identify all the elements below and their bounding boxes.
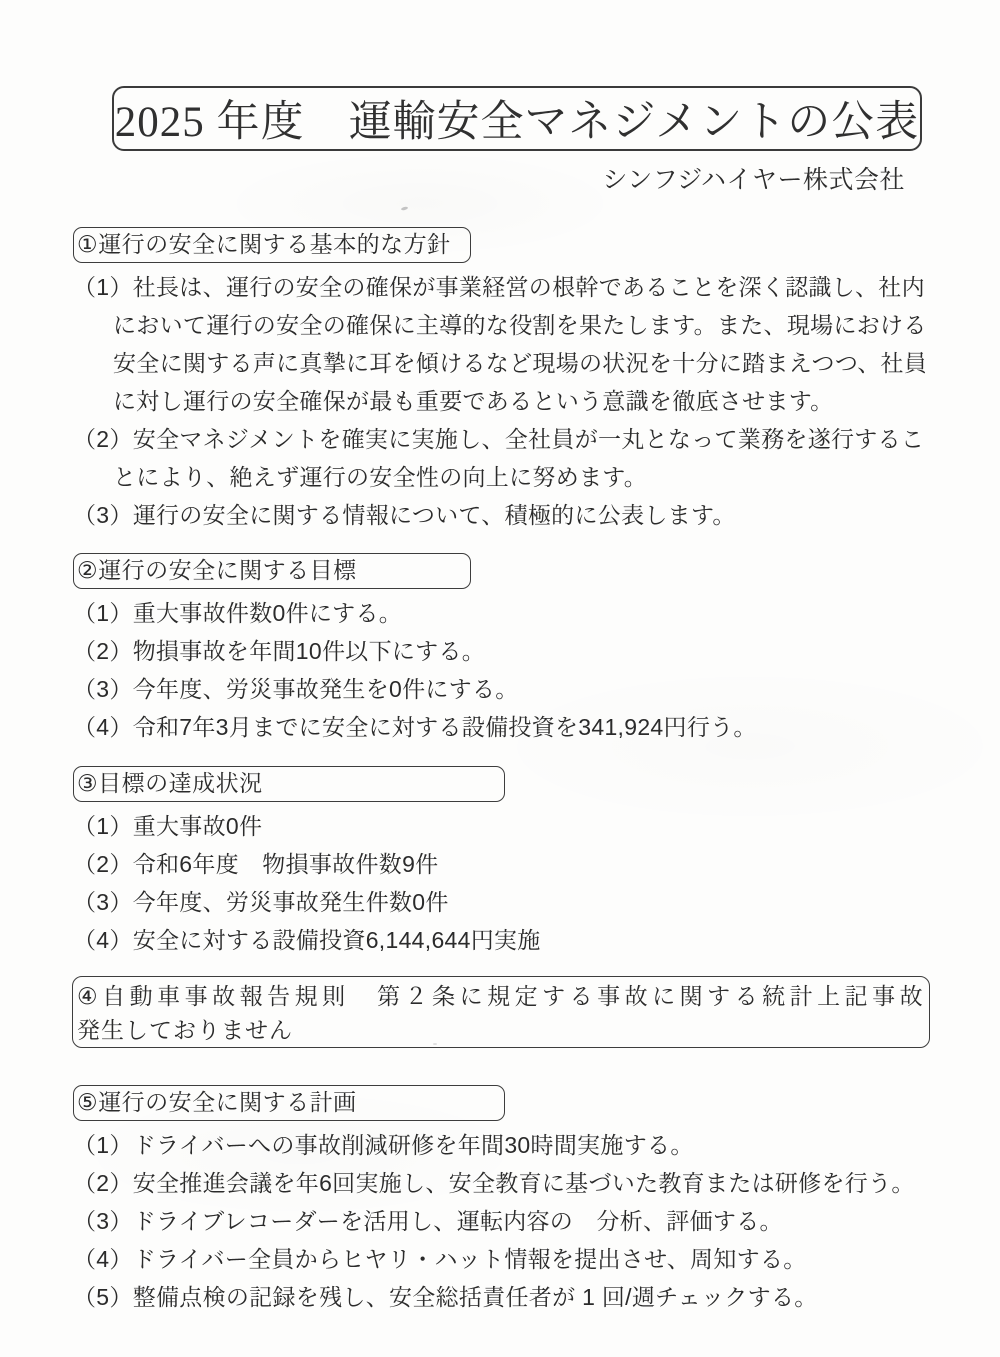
plan-item-4: （4）ドライバー全員からヒヤリ・ハット情報を提出させ、周知する。 [73,1240,935,1278]
achievement-item-2: （2）令和6年度 物損事故件数9件 [73,845,935,883]
section-accident-report-statement: ④自動車事故報告規則 第２条に規定する事故に関する統計上記事故は 発生しておりま… [72,976,930,1048]
policy-item-3: （3）運行の安全に関する情報について、積極的に公表します。 [73,496,935,534]
section-heading-achievement-status: ③目標の達成状況 [73,766,505,802]
section-achievement-status: ③目標の達成状況 （1）重大事故0件 （2）令和6年度 物損事故件数9件 （3）… [73,766,935,959]
accident-statement-line-2: 発生しておりません [77,1013,927,1047]
scan-artifact [401,206,409,211]
document-title: 2025 年度 運輸安全マネジメントの公表 [115,88,919,149]
document-page: 2025 年度 運輸安全マネジメントの公表 シンフジハイヤー株式会社 ①運行の安… [0,0,1000,1357]
goal-item-3: （3）今年度、労災事故発生を0件にする。 [73,670,935,708]
accident-statement-line-1: ④自動車事故報告規則 第２条に規定する事故に関する統計上記事故は [77,979,927,1013]
section-basic-policy: ①運行の安全に関する基本的な方針 （1）社長は、運行の安全の確保が事業経営の根幹… [73,227,935,534]
title-box: 2025 年度 運輸安全マネジメントの公表 [112,86,922,151]
section-heading-safety-plan: ⑤運行の安全に関する計画 [73,1085,505,1121]
section-heading-basic-policy: ①運行の安全に関する基本的な方針 [73,227,471,263]
plan-item-5: （5）整備点検の記録を残し、安全総括責任者が 1 回/週チェックする。 [73,1278,935,1316]
achievement-item-3: （3）今年度、労災事故発生件数0件 [73,883,935,921]
goal-item-1: （1）重大事故件数0件にする。 [73,594,935,632]
plan-item-2: （2）安全推進会議を年6回実施し、安全教育に基づいた教育または研修を行う。 [73,1164,935,1202]
policy-item-2: （2）安全マネジメントを確実に実施し、全社員が一丸となって業務を遂行することによ… [73,420,935,496]
section-heading-safety-goals: ②運行の安全に関する目標 [73,553,471,589]
company-name: シンフジハイヤー株式会社 [602,160,905,196]
goal-item-2: （2）物損事故を年間10件以下にする。 [73,632,935,670]
goal-item-4: （4）令和7年3月までに安全に対する設備投資を341,924円行う。 [73,708,935,746]
achievement-item-1: （1）重大事故0件 [73,807,935,845]
achievement-item-4: （4）安全に対する設備投資6,144,644円実施 [73,921,935,959]
policy-item-1: （1）社長は、運行の安全の確保が事業経営の根幹であることを深く認識し、社内におい… [73,268,935,420]
plan-item-3: （3）ドライブレコーダーを活用し、運転内容の 分析、評価する。 [73,1202,935,1240]
plan-item-1: （1）ドライバーへの事故削減研修を年間30時間実施する。 [73,1126,935,1164]
section-safety-plan: ⑤運行の安全に関する計画 （1）ドライバーへの事故削減研修を年間30時間実施する… [73,1085,935,1316]
section-safety-goals: ②運行の安全に関する目標 （1）重大事故件数0件にする。 （2）物損事故を年間1… [73,553,935,746]
